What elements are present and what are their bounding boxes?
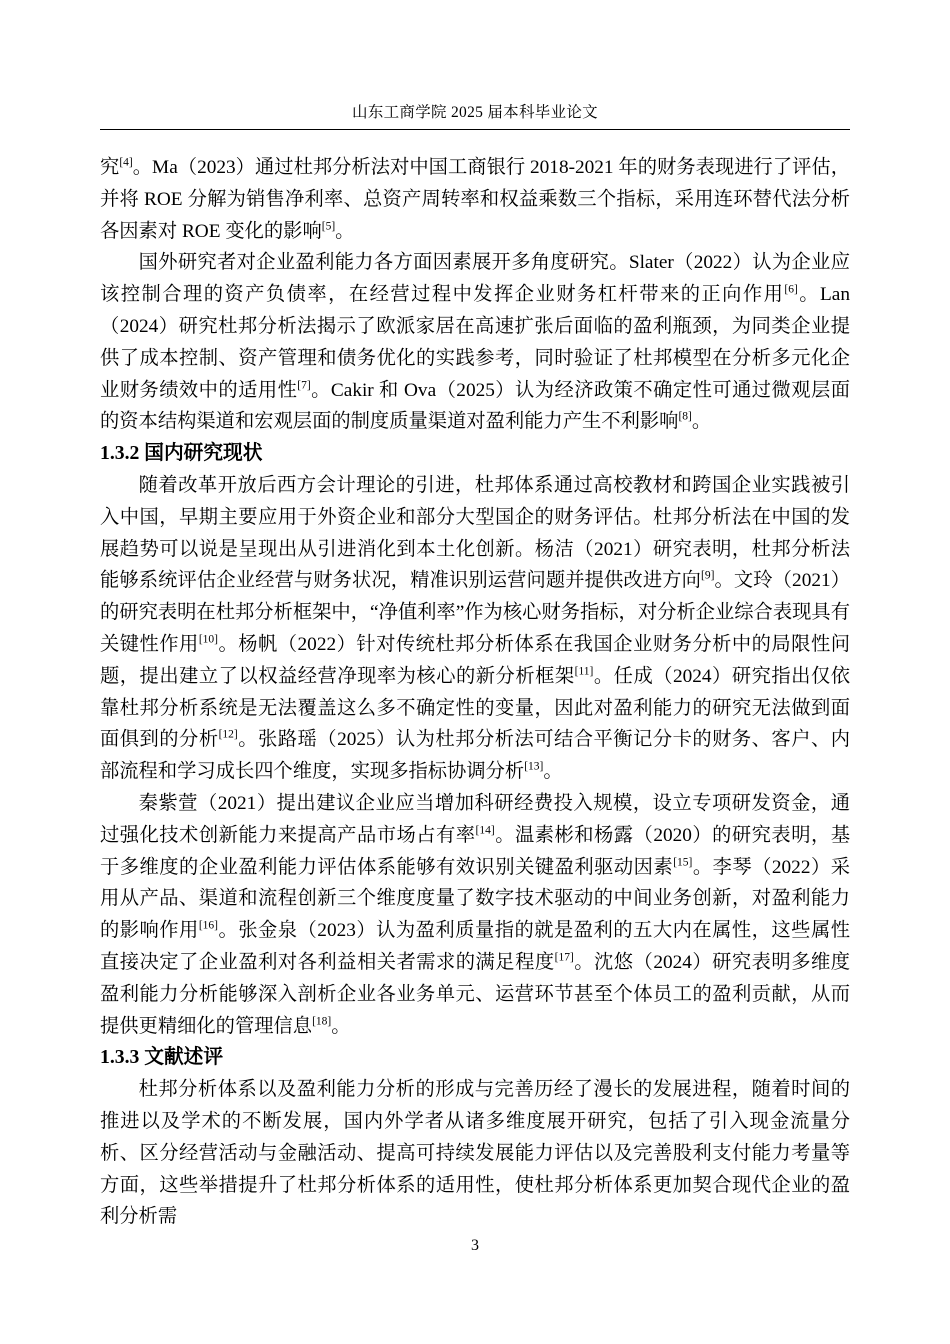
page-header: 山东工商学院 2025 届本科毕业论文 bbox=[100, 0, 850, 130]
paragraph-literature-review: 杜邦分析体系以及盈利能力分析的形成与完善历经了漫长的发展进程，随着时间的推进以及… bbox=[100, 1074, 850, 1233]
paragraph-foreign-research: 国外研究者对企业盈利能力各方面因素展开多角度研究。Slater（2022）认为企… bbox=[100, 247, 850, 438]
page-footer: 3 bbox=[0, 1236, 950, 1256]
paragraph-domestic-research-part2: 秦紫萱（2021）提出建议企业应当增加科研经费投入规模，设立专项研发资金，通过强… bbox=[100, 788, 850, 1042]
paragraph-domestic-research-part1: 随着改革开放后西方会计理论的引进，杜邦体系通过高校教材和跨国企业实践被引入中国，… bbox=[100, 470, 850, 788]
section-heading-1-3-3: 1.3.3 文献述评 bbox=[100, 1042, 850, 1074]
header-title: 山东工商学院 2025 届本科毕业论文 bbox=[352, 104, 598, 121]
paragraph-continuation-foreign-study: 究[4]。Ma（2023）通过杜邦分析法对中国工商银行 2018-2021 年的… bbox=[100, 152, 850, 247]
page-body: 究[4]。Ma（2023）通过杜邦分析法对中国工商银行 2018-2021 年的… bbox=[100, 130, 850, 1233]
section-heading-1-3-2: 1.3.2 国内研究现状 bbox=[100, 438, 850, 470]
page-number: 3 bbox=[471, 1237, 479, 1254]
thesis-page: 山东工商学院 2025 届本科毕业论文 究[4]。Ma（2023）通过杜邦分析法… bbox=[0, 0, 950, 1256]
